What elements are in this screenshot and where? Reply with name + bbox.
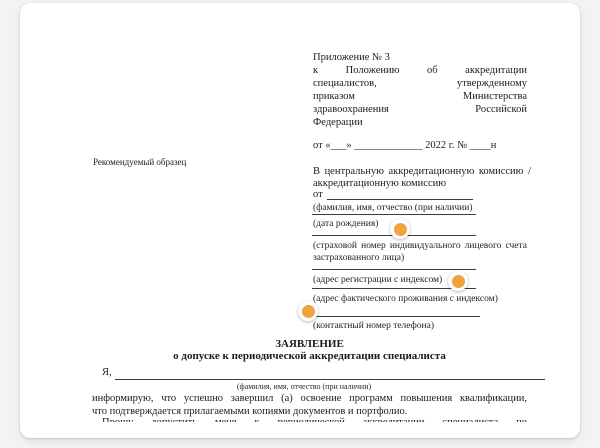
annex-line-1: Приложение № 3 — [313, 51, 527, 64]
actual-address-field-caption: (адрес фактического проживания с индексо… — [313, 293, 498, 305]
annex-line-2: к Положению об аккредитации — [313, 64, 527, 77]
annex-line-4: приказом Министерства — [313, 90, 527, 103]
marker-dot-icon — [302, 305, 315, 318]
annex-line-5: здравоохранения Российской — [313, 103, 527, 116]
statement-body-line-1: информирую, что успешно завершил (а) осв… — [92, 392, 527, 405]
statement-cutoff-line: Прошу допустить меня к периодической акк… — [102, 416, 527, 422]
phone-field-caption: (контактный номер телефона) — [313, 320, 434, 332]
annex-line-3: специалистов, утвержденному — [313, 77, 527, 90]
document-page: Приложение № 3 к Положению об аккредитац… — [20, 3, 580, 438]
recommended-sample-label: Рекомендуемый образец — [93, 157, 186, 168]
birthdate-field-caption: (дата рождения) — [313, 218, 378, 230]
statement-name-line — [115, 379, 545, 380]
from-field-line — [327, 199, 473, 200]
phone-field-line — [312, 316, 480, 317]
reg-address-field-caption: (адрес регистрации с индексом) — [313, 274, 442, 286]
annex-line-6: Федерации — [313, 116, 527, 129]
statement-name-caption: (фамилия, имя, отчество (при наличии) — [154, 382, 454, 392]
reg-address-field-line — [312, 269, 476, 270]
marker-dot-icon — [452, 275, 465, 288]
addressee-line-2: аккредитационную комиссию — [313, 177, 446, 190]
fio-field-caption: (фамилия, имя, отчество (при наличии) — [313, 202, 473, 214]
marker-dot-icon — [394, 223, 407, 236]
annex-date-line: от «___» _____________ 2022 г. № ____н — [313, 139, 533, 152]
snils-field-caption-line-1: (страховой номер индивидуального лицевог… — [313, 240, 527, 252]
birthdate-field-line — [312, 214, 476, 215]
addressee-from-label: от — [313, 188, 323, 201]
annotation-marker-1[interactable] — [390, 219, 410, 239]
statement-i-label: Я, — [102, 366, 112, 379]
annex-header: Приложение № 3 к Положению об аккредитац… — [313, 51, 527, 129]
statement-subtitle: о допуске к периодической аккредитации с… — [92, 350, 527, 363]
annotation-marker-2[interactable] — [448, 271, 468, 291]
snils-field-caption-line-2: застрахованного лица) — [313, 252, 404, 264]
annotation-marker-3[interactable] — [298, 301, 318, 321]
